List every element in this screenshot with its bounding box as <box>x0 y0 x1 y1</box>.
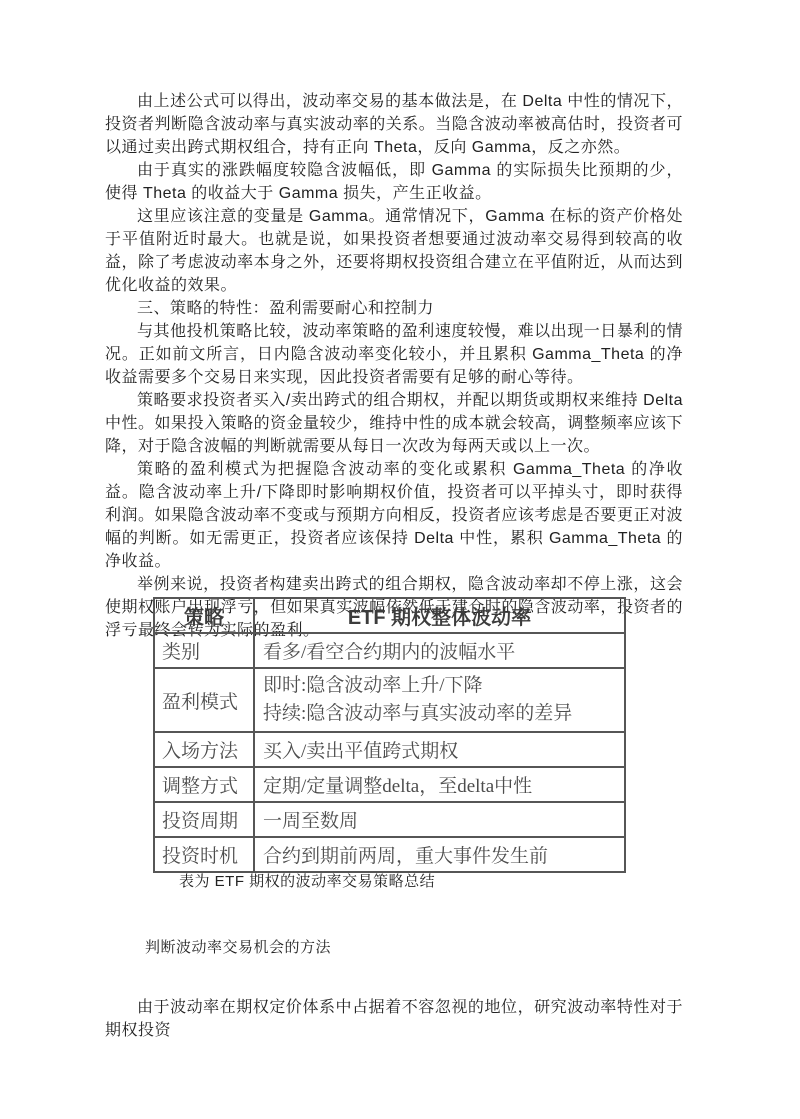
table-row-adjustment: 调整方式 定期/定量调整delta，至delta中性 <box>154 767 625 802</box>
table-header-row: 策略 ETF 期权整体波动率 <box>154 598 625 633</box>
row-value-line-2: 持续:隐含波动率与真实波动率的差异 <box>263 700 616 728</box>
paragraph-3: 这里应该注意的变量是 Gamma。通常情况下，Gamma 在标的资产价格处于平值… <box>105 205 683 297</box>
row-label: 盈利模式 <box>154 668 254 732</box>
table-row-investment-period: 投资周期 一周至数周 <box>154 802 625 837</box>
row-label: 投资周期 <box>154 802 254 837</box>
subheading: 判断波动率交易机会的方法 <box>145 936 331 957</box>
row-label: 调整方式 <box>154 767 254 802</box>
closing-paragraph: 由于波动率在期权定价体系中占据着不容忽视的地位，研究波动率特性对于期权投资 <box>105 996 683 1042</box>
paragraph-5: 策略要求投资者买入/卖出跨式的组合期权，并配以期货或期权来维持 Delta 中性… <box>105 389 683 458</box>
row-value: 一周至数周 <box>254 802 625 837</box>
table-row-entry-method: 入场方法 买入/卖出平值跨式期权 <box>154 732 625 767</box>
section-heading: 三、策略的特性：盈利需要耐心和控制力 <box>105 297 683 320</box>
paragraph-1: 由上述公式可以得出，波动率交易的基本做法是，在 Delta 中性的情况下，投资者… <box>105 90 683 159</box>
table-row-category: 类别 看多/看空合约期内的波幅水平 <box>154 633 625 668</box>
table-row-profit-mode: 盈利模式 即时:隐含波动率上升/下降 持续:隐含波动率与真实波动率的差异 <box>154 668 625 732</box>
table-header-etf-volatility: ETF 期权整体波动率 <box>254 598 625 633</box>
row-value: 即时:隐含波动率上升/下降 持续:隐含波动率与真实波动率的差异 <box>254 668 625 732</box>
row-value: 定期/定量调整delta，至delta中性 <box>254 767 625 802</box>
row-value-line-1: 即时:隐含波动率上升/下降 <box>263 672 616 700</box>
row-label: 类别 <box>154 633 254 668</box>
table-header-strategy: 策略 <box>154 598 254 633</box>
paragraph-6: 策略的盈利模式为把握隐含波动率的变化或累积 Gamma_Theta 的净收益。隐… <box>105 458 683 573</box>
row-value: 买入/卖出平值跨式期权 <box>254 732 625 767</box>
row-label: 投资时机 <box>154 837 254 872</box>
row-value: 看多/看空合约期内的波幅水平 <box>254 633 625 668</box>
table-caption: 表为 ETF 期权的波动率交易策略总结 <box>179 870 435 891</box>
paragraph-4: 与其他投机策略比较，波动率策略的盈利速度较慢，难以出现一日暴利的情况。正如前文所… <box>105 320 683 389</box>
row-value: 合约到期前两周，重大事件发生前 <box>254 837 625 872</box>
strategy-summary-table: 策略 ETF 期权整体波动率 类别 看多/看空合约期内的波幅水平 盈利模式 即时… <box>153 597 626 873</box>
paragraph-2: 由于真实的涨跌幅度较隐含波幅低，即 Gamma 的实际损失比预期的少，使得 Th… <box>105 159 683 205</box>
body-text: 由上述公式可以得出，波动率交易的基本做法是，在 Delta 中性的情况下，投资者… <box>105 90 683 642</box>
document-page: 由上述公式可以得出，波动率交易的基本做法是，在 Delta 中性的情况下，投资者… <box>0 0 800 1119</box>
table-row-investment-timing: 投资时机 合约到期前两周，重大事件发生前 <box>154 837 625 872</box>
row-label: 入场方法 <box>154 732 254 767</box>
